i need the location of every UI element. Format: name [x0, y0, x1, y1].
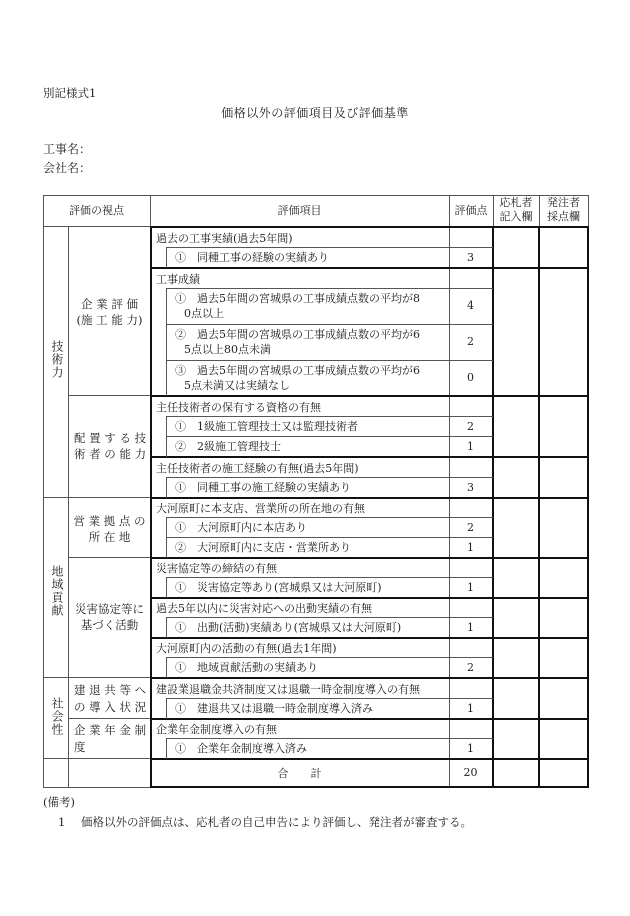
- form-number: 別記様式1: [43, 85, 96, 101]
- group-title: 災害協定等の締結の有無: [156, 561, 277, 576]
- item-score: 4: [449, 299, 492, 312]
- group-title: 主任技術者の施工経験の有無(過去5年間): [156, 461, 359, 476]
- group-sep: [150, 718, 589, 720]
- document-title: 価格以外の評価項目及び評価基準: [0, 104, 630, 121]
- item-sep: [166, 537, 493, 538]
- note-text: 価格以外の評価点は、応札者の自己申告により評価し、発注者が審査する。: [81, 815, 472, 829]
- item-box-left: [166, 247, 167, 268]
- header-score: 評価点: [449, 203, 493, 218]
- total-score: 20: [449, 766, 492, 779]
- category-social: 社会性: [49, 697, 64, 736]
- project-name-label: 工事名：: [43, 140, 91, 157]
- item-text: ② 大河原町内に支店・営業所あり: [175, 540, 351, 555]
- subcategory-corporate: 企 業 評 価 (施 工 能 力): [69, 296, 150, 328]
- category-sep: [43, 497, 151, 498]
- table-border-left: [43, 195, 44, 788]
- item-sep: [166, 324, 493, 325]
- item-sep: [166, 436, 493, 437]
- subcategory-disaster: 災害協定等に 基づく活動: [69, 601, 150, 633]
- item-box-top: [166, 617, 493, 618]
- item-text: ① 災害協定等あり(宮城県又は大河原町): [175, 580, 382, 595]
- group-sep: [150, 786, 589, 788]
- category-community: 地域貢献: [49, 565, 64, 617]
- applicant-entry-cell[interactable]: [494, 228, 537, 266]
- item-text: ① 建退共又は退職一時金制度導入済み: [175, 701, 373, 716]
- orderer-scoring-cell[interactable]: [540, 228, 586, 266]
- item-text: ① 地域貢献活動の実績あり: [175, 660, 318, 675]
- company-name-label: 会社名：: [43, 159, 91, 176]
- item-score: 0: [449, 371, 492, 384]
- item-box-top: [166, 477, 493, 478]
- item-score: 2: [449, 661, 492, 674]
- subcategory-engineer: 配 置 す る 技 術 者 の 能 力: [74, 430, 150, 462]
- item-sep: [166, 360, 493, 361]
- item-score: 2: [449, 335, 492, 348]
- item-box-left: [166, 738, 167, 759]
- subcategory-office: 営 業 拠 点 の 所 在 地: [69, 513, 150, 545]
- item-box-top: [166, 657, 493, 658]
- item-box-left: [166, 617, 167, 638]
- subcategory-pension: 企 業 年 金 制 度: [74, 722, 150, 756]
- item-score: 2: [449, 521, 492, 534]
- item-box-left: [166, 577, 167, 598]
- orderer-scoring-cell[interactable]: [540, 269, 586, 394]
- item-box-left: [166, 698, 167, 719]
- total-label: 合 計: [150, 766, 449, 781]
- subcategory-retirement: 建 退 共 等 へ の 導 入 状 況: [74, 682, 150, 716]
- category-sep: [43, 677, 151, 678]
- item-text: ① 企業年金制度導入済み: [175, 741, 307, 756]
- item-score: 1: [449, 581, 492, 594]
- item-box-left: [166, 288, 167, 396]
- group-sep: [150, 597, 589, 599]
- item-box-left: [166, 477, 167, 498]
- group-title: 過去の工事実績(過去5年間): [156, 231, 293, 246]
- item-score: 2: [449, 420, 492, 433]
- header-item: 評価項目: [150, 203, 449, 218]
- item-box-top: [166, 416, 493, 417]
- group-sep: [150, 557, 589, 559]
- item-box-left: [166, 657, 167, 678]
- item-box-top: [166, 577, 493, 578]
- subcategory-sep: [68, 395, 151, 396]
- item-score: 3: [449, 481, 492, 494]
- subcategory-sep: [68, 557, 151, 558]
- note-number: 1: [58, 815, 65, 829]
- item-score: 1: [449, 621, 492, 634]
- group-title: 主任技術者の保有する資格の有無: [156, 400, 321, 415]
- note-item: 1 価格以外の評価点は、応札者の自己申告により評価し、発注者が審査する。: [58, 814, 472, 830]
- item-text: ② 2級施工管理技士: [175, 439, 281, 454]
- group-title: 大河原町に本支店、営業所の所在地の有無: [156, 501, 365, 516]
- header-viewpoint: 評価の視点: [43, 203, 150, 218]
- group-sep: [150, 497, 589, 499]
- group-title: 企業年金制度導入の有無: [156, 722, 277, 737]
- item-box-top: [166, 288, 493, 289]
- subcategory-sep: [68, 718, 151, 719]
- item-score: 1: [449, 541, 492, 554]
- item-text: ① 同種工事の経験の実績あり: [175, 250, 329, 265]
- item-text: ① 1級施工管理技士又は監理技術者: [175, 419, 358, 434]
- item-text: ① 過去5年間の宮城県の工事成績点数の平均が8 0点以上: [175, 291, 420, 321]
- item-score: 1: [449, 742, 492, 755]
- category-sep: [43, 758, 151, 759]
- applicant-total-cell[interactable]: [494, 760, 537, 785]
- group-sep: [150, 677, 589, 679]
- right-thick-border: [587, 226, 589, 788]
- item-box-top: [166, 247, 493, 248]
- item-box-top: [166, 738, 493, 739]
- applicant-entry-cell[interactable]: [494, 269, 537, 394]
- item-left-thick: [150, 226, 152, 788]
- item-text: ① 同種工事の施工経験の実績あり: [175, 480, 351, 495]
- group-sep: [150, 637, 589, 639]
- item-text: ③ 過去5年間の宮城県の工事成績点数の平均が6 5点未満又は実績なし: [175, 363, 420, 393]
- item-text: ② 過去5年間の宮城県の工事成績点数の平均が6 5点以上80点未満: [175, 327, 420, 357]
- group-title: 工事成績: [156, 272, 200, 287]
- item-box-top: [166, 517, 493, 518]
- group-title: 大河原町内の活動の有無(過去1年間): [156, 641, 337, 656]
- group-title: 建設業退職金共済制度又は退職一時金制度導入の有無: [156, 682, 420, 697]
- header-applicant: 応札者 記入欄: [493, 196, 539, 224]
- group-title: 過去5年以内に災害対応への出動実績の有無: [156, 601, 372, 616]
- item-box-top: [166, 698, 493, 699]
- category-technical: 技術力: [49, 340, 64, 379]
- item-score: 3: [449, 251, 492, 264]
- group-sep: [150, 456, 589, 458]
- notes-heading: (備考): [43, 794, 75, 810]
- group-sep: [150, 395, 589, 397]
- header-orderer: 発注者 採点欄: [539, 196, 588, 224]
- orderer-total-cell[interactable]: [540, 760, 586, 785]
- item-score: 1: [449, 440, 492, 453]
- item-score: 1: [449, 702, 492, 715]
- item-text: ① 出動(活動)実績あり(宮城県又は大河原町): [175, 620, 401, 635]
- item-text: ① 大河原町内に本店あり: [175, 520, 307, 535]
